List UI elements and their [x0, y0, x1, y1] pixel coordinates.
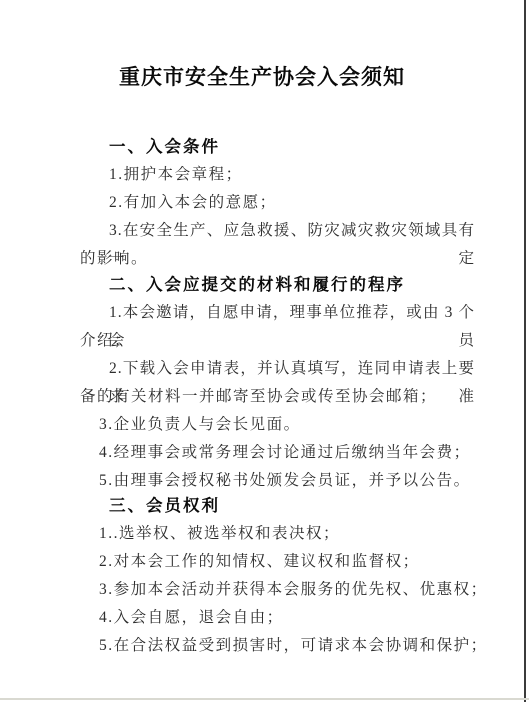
paragraph-line: 5.由理事会授权秘书处颁发会员证，并予以公告。	[80, 467, 475, 495]
paragraph-line: 1.拥护本会章程；	[80, 161, 475, 189]
paragraph-line: 1..选举权、被选举权和表决权；	[80, 520, 475, 548]
doc-body: 一、入会条件 1.拥护本会章程； 2.有加入本会的意愿； 3.在安全生产、应急救…	[80, 133, 475, 660]
paragraph-line: 4.入会自愿，退会自由；	[80, 604, 475, 632]
paragraph-line: 5.在合法权益受到损害时，可请求本会协调和保护；	[80, 632, 475, 660]
document-page: 重庆市安全生产协会入会须知 一、入会条件 1.拥护本会章程； 2.有加入本会的意…	[0, 0, 529, 702]
page-bottom-border	[0, 698, 529, 700]
section-3-heading: 三、会员权利	[80, 492, 475, 520]
paragraph-line: 3.参加本会活动并获得本会服务的优先权、优惠权；	[80, 576, 475, 604]
paragraph-line: 3.企业负责人与会长见面。	[80, 411, 475, 439]
paragraph-line: 3.在安全生产、应急救援、防灾减灾救灾领域具有一定	[80, 217, 475, 245]
section-1-heading: 一、入会条件	[80, 133, 475, 161]
paragraph-line: 2.有加入本会的意愿；	[80, 189, 475, 217]
paragraph-line: 2.下载入会申请表，并认真填写，连同申请表上要求准	[80, 355, 475, 383]
page-right-border	[524, 0, 526, 702]
paragraph-line: 备的有关材料一并邮寄至协会或传至协会邮箱；	[80, 383, 475, 411]
paragraph-line: 4.经理事会或常务理会讨论通过后缴纳当年会费；	[80, 439, 475, 467]
paragraph-line: 2.对本会工作的知情权、建议权和监督权；	[80, 548, 475, 576]
paragraph-line: 1.本会邀请，自愿申请，理事单位推荐，或由 3 个会员	[80, 299, 475, 327]
section-2-heading: 二、入会应提交的材料和履行的程序	[80, 271, 475, 299]
doc-title: 重庆市安全生产协会入会须知	[0, 60, 524, 94]
